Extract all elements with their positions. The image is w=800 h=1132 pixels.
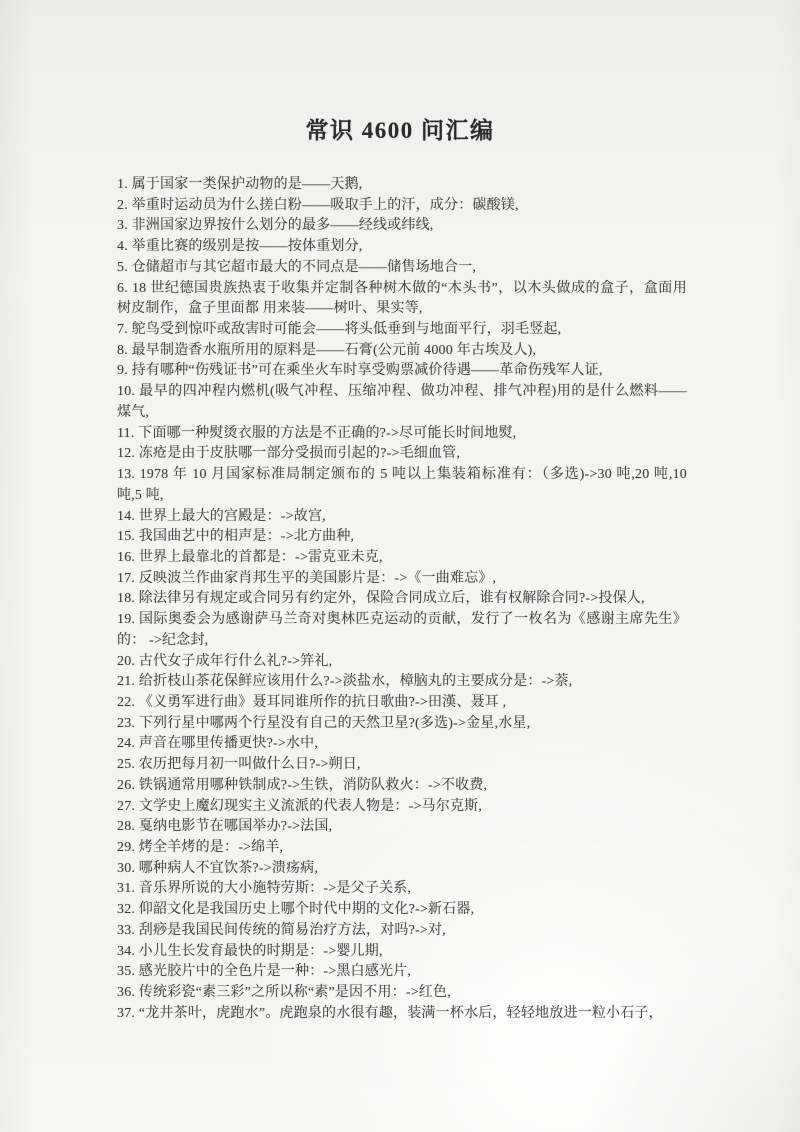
question-list: 1. 属于国家一类保护动物的是——天鹅,2. 举重时运动员为什么搓白粉——吸取手… [117,175,687,1024]
question-item: 35. 感光胶片中的全色片是一种：->黑白感光片, [117,962,687,983]
question-item: 10. 最早的四冲程内燃机(吸气冲程、压缩冲程、做功冲程、排气冲程)用的是什么燃… [117,382,687,423]
question-item: 23. 下列行星中哪两个行星没有自己的天然卫星?(多选)->金星,水星, [117,714,687,735]
question-item: 34. 小儿生长发育最快的时期是：->婴儿期, [117,942,687,963]
question-item: 7. 鸵鸟受到惊吓或敌害时可能会——将头低垂到与地面平行，羽毛竖起, [117,320,687,341]
question-item: 28. 戛纳电影节在哪国举办?->法国, [117,817,687,838]
question-item: 13. 1978 年 10 月国家标准局制定颁布的 5 吨以上集装箱标准有：（多… [117,465,687,506]
question-item: 20. 古代女子成年行什么礼?->笄礼, [117,652,687,673]
question-item: 4. 举重比赛的级别是按——按体重划分, [117,237,687,258]
question-item: 22. 《义勇军进行曲》聂耳同谁所作的抗日歌曲?->田漢、聂耳 , [117,693,687,714]
question-item: 17. 反映波兰作曲家肖邦生平的美国影片是：->《一曲难忘》, [117,569,687,590]
question-item: 5. 仓储超市与其它超市最大的不同点是——储售场地合一, [117,258,687,279]
question-item: 29. 烤全羊烤的是：->绵羊, [117,838,687,859]
question-item: 16. 世界上最靠北的首都是：->雷克亚未克, [117,548,687,569]
question-item: 15. 我国曲艺中的相声是：->北方曲种, [117,527,687,548]
question-item: 11. 下面哪一种熨烫衣服的方法是不正确的?->尽可能长时间地熨, [117,424,687,445]
question-item: 26. 铁锅通常用哪种铁制成?->生铁，消防队救火：->不收费, [117,776,687,797]
question-item: 31. 音乐界所说的大小施特劳斯：->是父子关系, [117,879,687,900]
question-item: 37. “龙井茶叶，虎跑水”。虎跑泉的水很有趣，装满一杯水后，轻轻地放进一粒小石… [117,1004,687,1025]
question-item: 1. 属于国家一类保护动物的是——天鹅, [117,175,687,196]
question-item: 19. 国际奥委会为感谢萨马兰奇对奥林匹克运动的贡献，发行了一枚名为《感谢主席先… [117,610,687,651]
question-item: 32. 仰韶文化是我国历史上哪个时代中期的文化?->新石器, [117,900,687,921]
question-item: 14. 世界上最大的宫殿是：->故宫, [117,507,687,528]
question-item: 21. 给折枝山茶花保鲜应该用什么?->淡盐水，樟脑丸的主要成分是：->萘, [117,672,687,693]
question-item: 12. 冻疮是由于皮肤哪一部分受损而引起的?->毛细血管, [117,444,687,465]
scanned-document-page: 常识 4600 问汇编 1. 属于国家一类保护动物的是——天鹅,2. 举重时运动… [0,0,800,1132]
question-item: 6. 18 世纪德国贵族热衷于收集并定制各种树木做的“木头书”，以木头做成的盒子… [117,279,687,320]
question-item: 30. 哪种病人不宜饮茶?->溃疡病, [117,859,687,880]
question-item: 3. 非洲国家边界按什么划分的最多——经线或纬线, [117,216,687,237]
question-item: 2. 举重时运动员为什么搓白粉——吸取手上的汗，成分：碳酸镁, [117,196,687,217]
question-item: 33. 刮痧是我国民间传统的简易治疗方法，对吗?->对, [117,921,687,942]
question-item: 25. 农历把每月初一叫做什么日?->朔日, [117,755,687,776]
question-item: 9. 持有哪种“伤残证书”可在乘坐火车时享受购票减价待遇——革命伤残军人证, [117,361,687,382]
question-item: 27. 文学史上魔幻现实主义流派的代表人物是：->马尔克斯, [117,797,687,818]
page-title: 常识 4600 问汇编 [0,0,800,145]
question-item: 18. 除法律另有规定或合同另有约定外，保险合同成立后，谁有权解除合同?->投保… [117,589,687,610]
question-item: 36. 传统彩瓷“素三彩”之所以称“素”是因不用：->红色, [117,983,687,1004]
question-item: 8. 最早制造香水瓶所用的原料是——石膏(公元前 4000 年古埃及人), [117,341,687,362]
question-item: 24. 声音在哪里传播更快?->水中, [117,734,687,755]
